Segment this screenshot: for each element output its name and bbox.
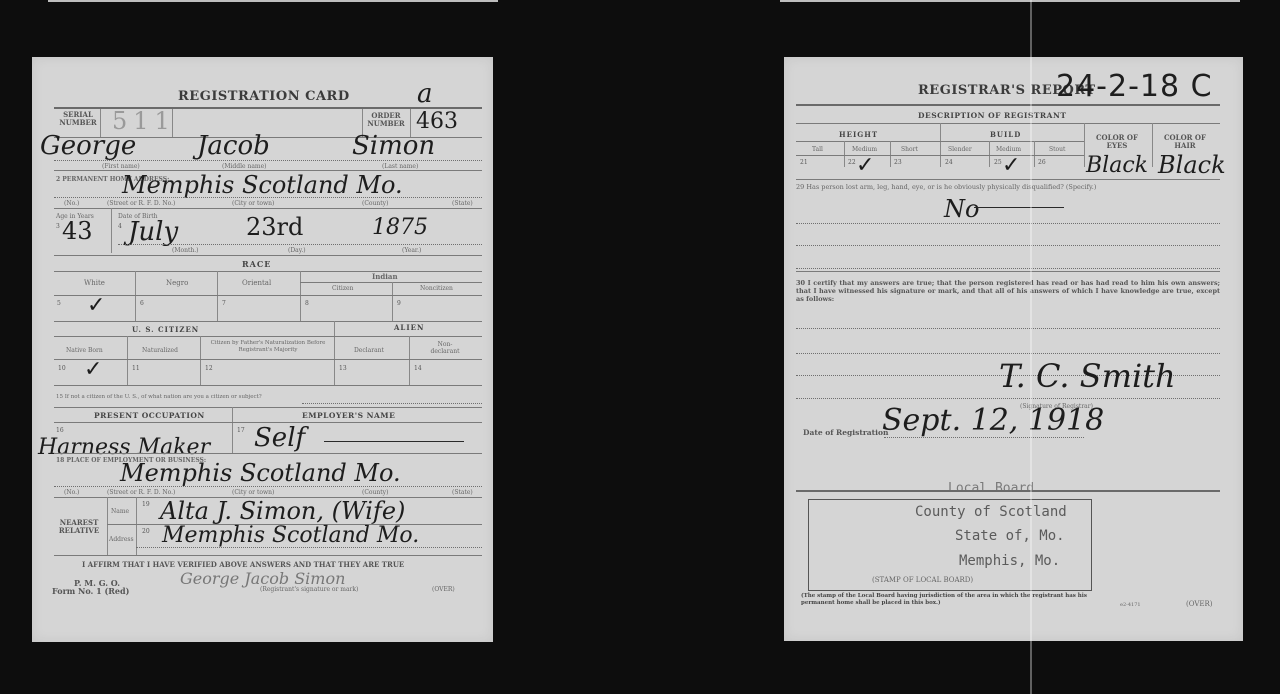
- divider: [796, 328, 1220, 329]
- divider: [409, 336, 410, 385]
- father-naturalization-label: Citizen by Father's Naturalization Befor…: [208, 340, 328, 354]
- nearest-relative-label: NEAREST RELATIVE: [54, 519, 104, 535]
- field-number: 11: [132, 365, 140, 372]
- divider: [300, 282, 482, 283]
- race-oriental-label: Oriental: [242, 279, 271, 287]
- divider: [54, 407, 482, 408]
- over-label: (OVER): [1186, 600, 1213, 608]
- address-sublabel-county: (County): [362, 200, 388, 207]
- address-sublabel-state: (State): [452, 489, 473, 496]
- divider: [392, 282, 393, 321]
- divider: [54, 555, 482, 556]
- divider: [172, 109, 173, 137]
- address-sublabel-no: (No.): [64, 489, 79, 496]
- divider: [796, 353, 1220, 354]
- hair-color-header: COLOR OF HAIR: [1160, 134, 1210, 150]
- race-white-label: White: [84, 279, 105, 287]
- middle-name-label: (Middle name): [222, 163, 266, 170]
- height-medium-checkmark: ✓: [856, 153, 874, 178]
- corner-mark: a: [417, 79, 433, 109]
- divider: [54, 336, 482, 337]
- eye-color-header: COLOR OF EYES: [1092, 134, 1142, 150]
- race-header: RACE: [242, 259, 271, 269]
- divider: [796, 271, 1220, 272]
- field-number: 14: [414, 365, 422, 372]
- last-name: Simon: [352, 131, 435, 161]
- height-tall-label: Tall: [812, 146, 823, 153]
- divider: [1084, 123, 1085, 167]
- field-number: 10: [58, 365, 66, 372]
- naturalized-label: Naturalized: [142, 347, 178, 354]
- build-medium-checkmark: ✓: [1002, 153, 1020, 178]
- over-label: (OVER): [432, 586, 455, 593]
- hair-color-value: Black: [1158, 151, 1226, 179]
- race-negro-label: Negro: [166, 279, 188, 287]
- pen-stroke: [974, 207, 1064, 208]
- nondeclarant-label: Non-declarant: [424, 341, 466, 355]
- field-number: 24: [945, 159, 953, 166]
- divider: [200, 336, 201, 385]
- field-number: 12: [205, 365, 213, 372]
- race-indian-label: Indian: [372, 272, 398, 281]
- divider: [890, 141, 891, 167]
- divider: [54, 295, 482, 296]
- divider: [107, 497, 108, 555]
- divider: [300, 271, 301, 321]
- card-title: REGISTRATION CARD: [178, 89, 350, 104]
- middle-name: Jacob: [197, 131, 270, 161]
- divider: [1152, 123, 1153, 167]
- birth-day: 23rd: [246, 213, 303, 241]
- registration-date-label: Date of Registration: [803, 429, 888, 437]
- divider: [1034, 141, 1035, 167]
- divider: [118, 244, 482, 245]
- pen-stroke: [324, 441, 464, 442]
- form-number: Form No. 1 (Red): [52, 587, 129, 595]
- birth-month: July: [128, 217, 178, 247]
- adjacent-card-edge: [48, 0, 498, 2]
- field-number: 5: [57, 300, 61, 307]
- first-name-label: (First name): [102, 163, 140, 170]
- stamp-label: (STAMP OF LOCAL BOARD): [872, 576, 973, 584]
- divider: [796, 245, 1220, 246]
- build-stout-label: Stout: [1049, 146, 1065, 153]
- race-white-checkmark: ✓: [87, 293, 105, 318]
- divider: [232, 407, 233, 453]
- divider: [54, 255, 482, 256]
- field-number: 3: [56, 223, 60, 230]
- divider: [796, 268, 1220, 269]
- eye-color-value: Black: [1086, 153, 1148, 178]
- field-number: 13: [339, 365, 347, 372]
- age-value: 43: [62, 217, 93, 245]
- race-indian-noncitizen-label: Noncitizen: [420, 285, 453, 292]
- build-header: BUILD: [990, 130, 1021, 139]
- address-sublabel-street: (Street or R. F. D. No.): [107, 200, 175, 207]
- birth-month-label: (Month.): [172, 247, 198, 254]
- address-sublabel-state: (State): [452, 200, 473, 207]
- q15-nation-label: 15 If not a citizen of the U. S., of wha…: [56, 394, 316, 400]
- build-slender-label: Slender: [948, 146, 972, 153]
- divider: [302, 403, 482, 404]
- registration-date: Sept. 12, 1918: [882, 403, 1104, 438]
- adjacent-card-edge: [780, 0, 1240, 2]
- order-label: ORDER NUMBER: [364, 112, 408, 128]
- relative-name: Alta J. Simon, (Wife): [160, 497, 405, 525]
- native-born-checkmark: ✓: [84, 357, 102, 382]
- divider: [111, 208, 112, 253]
- divider: [54, 197, 482, 198]
- field-number: 9: [397, 300, 401, 307]
- race-indian-citizen-label: Citizen: [332, 285, 353, 292]
- divider: [54, 486, 482, 487]
- divider: [136, 547, 482, 548]
- registration-card-back: REGISTRAR'S REPORT 24-2-18 C DESCRIPTION…: [784, 57, 1243, 641]
- home-address: Memphis Scotland Mo.: [122, 171, 403, 199]
- divider: [844, 141, 845, 167]
- signature-label: (Registrant's signature or mark): [260, 586, 358, 593]
- divider: [940, 123, 941, 167]
- birth-day-label: (Day.): [288, 247, 306, 254]
- first-name: George: [40, 131, 136, 161]
- height-header: HEIGHT: [839, 130, 878, 139]
- divider: [127, 336, 128, 385]
- divider: [334, 321, 335, 385]
- field-number: 23: [894, 159, 902, 166]
- employer-header: EMPLOYER'S NAME: [302, 411, 395, 420]
- field-number: 7: [222, 300, 226, 307]
- q29-question: 29 Has person lost arm, leg, hand, eye, …: [796, 183, 1220, 191]
- q30-certification: 30 I certify that my answers are true; t…: [796, 279, 1220, 303]
- divider: [54, 321, 482, 322]
- address-sublabel-city: (City or town): [232, 489, 274, 496]
- archive-stamp-code: 24-2-18 C: [1056, 69, 1213, 104]
- divider: [796, 490, 1220, 492]
- divider: [54, 271, 482, 272]
- divider: [796, 141, 1084, 142]
- stamp-line-city: Memphis, Mo.: [959, 553, 1060, 569]
- divider: [54, 160, 482, 161]
- field-number: 4: [118, 223, 122, 230]
- field-number: 26: [1038, 159, 1046, 166]
- registration-card-front: REGISTRATION CARD a SERIAL NUMBER 511 OR…: [32, 57, 493, 642]
- divider: [54, 359, 482, 360]
- affirmation-text: I AFFIRM THAT I HAVE VERIFIED ABOVE ANSW…: [82, 560, 404, 569]
- height-medium-label: Medium: [852, 146, 877, 153]
- employment-place-value: Memphis Scotland Mo.: [120, 459, 401, 487]
- field-number: 16: [56, 427, 64, 434]
- divider: [796, 104, 1220, 106]
- divider: [54, 385, 482, 386]
- print-code: e2-4171: [1120, 602, 1141, 608]
- scan-line-artifact: [1030, 0, 1032, 694]
- us-citizen-header: U. S. CITIZEN: [132, 325, 199, 334]
- field-number: 8: [305, 300, 309, 307]
- field-number: 19: [142, 501, 150, 508]
- address-sublabel-city: (City or town): [232, 200, 274, 207]
- address-sublabel-no: (No.): [64, 200, 79, 207]
- field-number: 22: [848, 159, 856, 166]
- native-born-label: Native Born: [66, 347, 103, 354]
- address-sublabel-street: (Street or R. F. D. No.): [107, 489, 175, 496]
- stamp-line-state: State of, Mo.: [955, 528, 1065, 544]
- field-number: 6: [140, 300, 144, 307]
- field-number: 25: [994, 159, 1002, 166]
- relative-address-label: Address: [109, 536, 134, 543]
- address-sublabel-county: (County): [362, 489, 388, 496]
- divider: [796, 155, 1084, 156]
- divider: [54, 453, 482, 454]
- field-number: 21: [800, 159, 808, 166]
- divider: [796, 223, 1220, 224]
- divider: [54, 208, 482, 209]
- registrar-signature: T. C. Smith: [999, 357, 1176, 395]
- alien-header: ALIEN: [394, 323, 424, 332]
- birth-year: 1875: [372, 215, 428, 240]
- local-board-label: Local Board: [948, 481, 1034, 496]
- declarant-label: Declarant: [354, 347, 384, 354]
- stamp-instructions: (The stamp of the Local Board having jur…: [801, 593, 1091, 607]
- divider: [217, 271, 218, 321]
- divider: [135, 271, 136, 321]
- divider: [989, 141, 990, 167]
- divider: [796, 179, 1220, 180]
- stamp-line-county: County of Scotland: [915, 504, 1067, 520]
- birth-year-label: (Year.): [402, 247, 421, 254]
- divider: [796, 398, 1220, 399]
- build-medium-label: Medium: [996, 146, 1021, 153]
- description-header: DESCRIPTION OF REGISTRANT: [918, 111, 1066, 120]
- relative-address: Memphis Scotland Mo.: [162, 523, 419, 548]
- q29-answer: No: [944, 195, 979, 223]
- field-number: 17: [237, 427, 245, 434]
- divider: [796, 123, 1220, 124]
- height-short-label: Short: [901, 146, 918, 153]
- occupation-header: PRESENT OCCUPATION: [94, 411, 205, 420]
- serial-label: SERIAL NUMBER: [56, 111, 100, 127]
- employer-value: Self: [254, 423, 305, 453]
- last-name-label: (Last name): [382, 163, 418, 170]
- relative-name-label: Name: [111, 508, 129, 515]
- field-number: 20: [142, 528, 150, 535]
